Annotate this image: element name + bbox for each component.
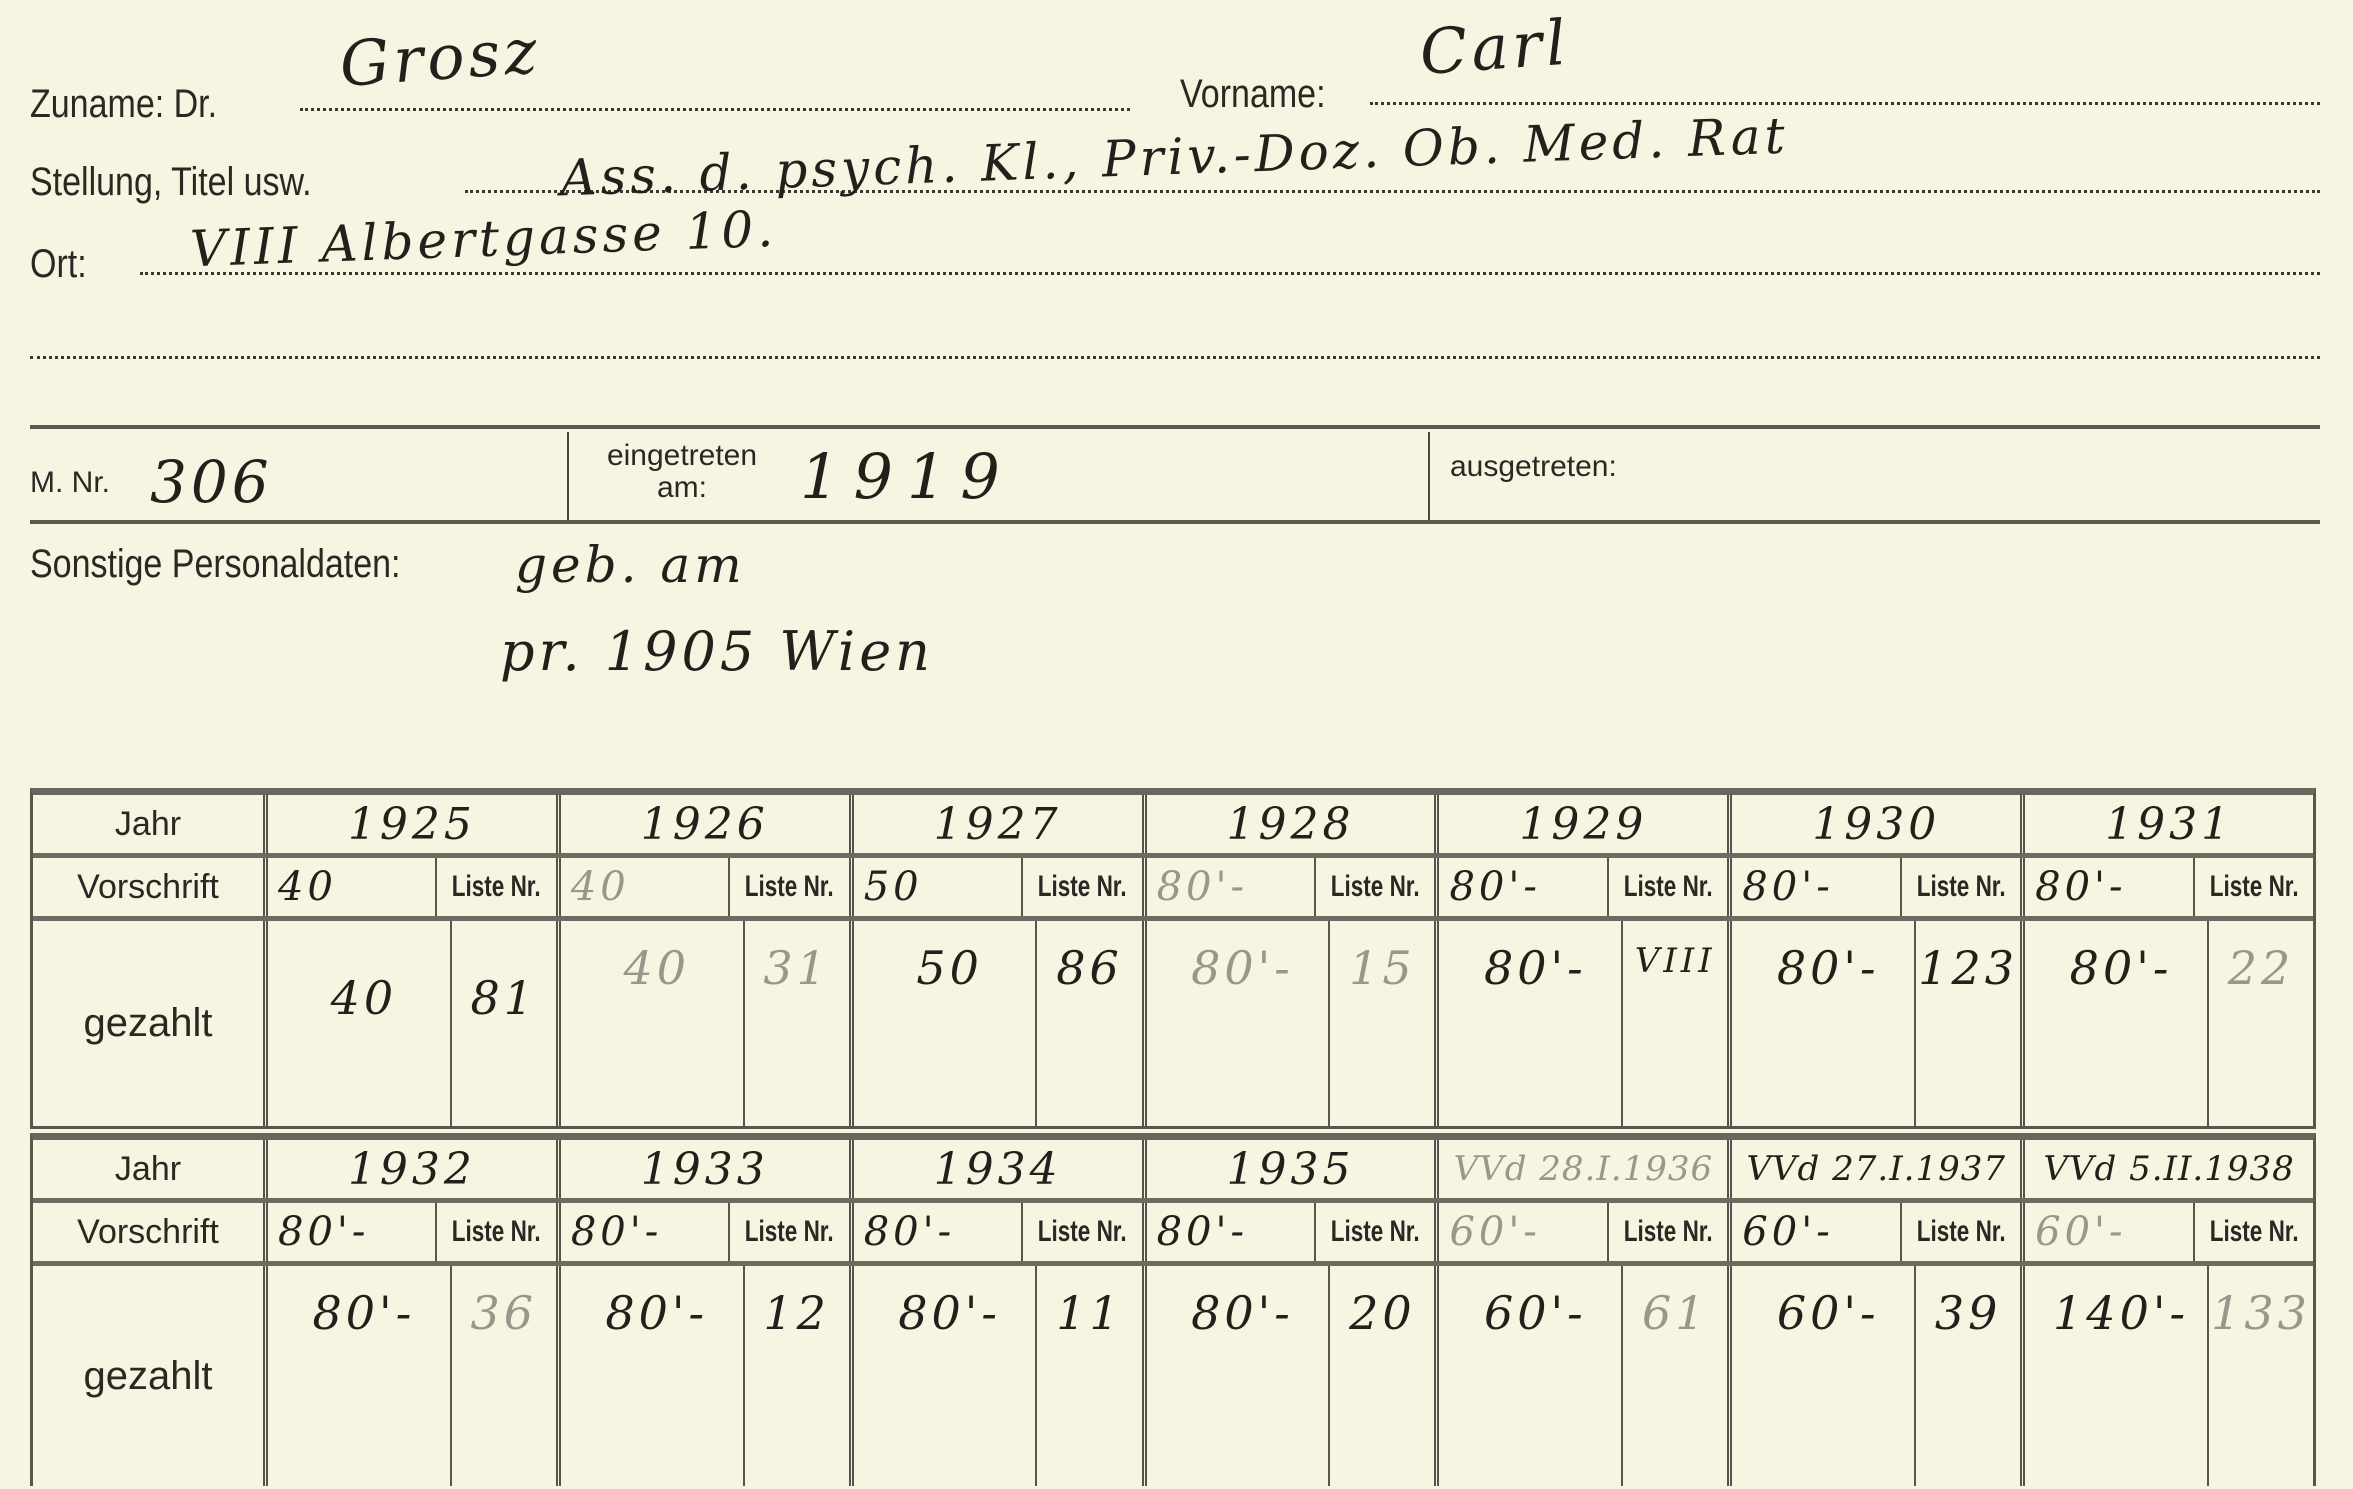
vorschrift-cell: 80'-: [561, 1203, 730, 1261]
vorschrift-label: Vorschrift: [33, 858, 268, 916]
liste-cell: 11: [1037, 1266, 1141, 1486]
vorschrift-cell: 60'-: [2025, 1203, 2194, 1261]
mnr-value: 306: [150, 448, 273, 516]
ort-label: Ort:: [30, 242, 87, 287]
liste-header: Liste Nr.: [1331, 1203, 1420, 1261]
liste-cell: 12: [745, 1266, 849, 1486]
year-cell: 1932: [268, 1140, 561, 1198]
gezahlt-cell: 40: [561, 921, 745, 1126]
sonstige-label: Sonstige Personaldaten:: [30, 542, 400, 587]
year-cell: 1935: [1147, 1140, 1440, 1198]
gezahlt-cell: 80'-: [268, 1266, 452, 1486]
ausgetreten-label: ausgetreten:: [1450, 450, 1617, 484]
liste-cell: 123: [1916, 921, 2020, 1126]
year-cell: VVd 28.I.1936: [1439, 1140, 1732, 1198]
eingetreten-label-line1: eingetreten: [592, 440, 772, 472]
vorschrift-cell: 50: [854, 858, 1023, 916]
gezahlt-cell: 80'-: [561, 1266, 745, 1486]
vorschrift-cell: 40: [268, 858, 437, 916]
payment-table-1932-1938: Jahr 1932 1933 1934 1935 VVd 28.I.1936 V…: [30, 1133, 2316, 1486]
liste-cell: 61: [1623, 1266, 1727, 1486]
gezahlt-label: gezahlt: [33, 1266, 268, 1486]
eingetreten-label: eingetreten am:: [592, 440, 772, 504]
vorname-label: Vorname:: [1180, 72, 1326, 117]
vorschrift-cell: 60'-: [1732, 1203, 1901, 1261]
band-divider-2: [1428, 432, 1430, 520]
year-cell: 1925: [268, 795, 561, 853]
year-cell: 1933: [561, 1140, 854, 1198]
jahr-label: Jahr: [33, 795, 268, 853]
gezahlt-cell: 60'-: [1439, 1266, 1623, 1486]
liste-cell: 133: [2209, 1266, 2313, 1486]
liste-cell: 20: [1330, 1266, 1434, 1486]
gezahlt-cell: 80'-: [1147, 1266, 1331, 1486]
liste-header: Liste Nr.: [1038, 1203, 1127, 1261]
year-cell: VVd 5.II.1938: [2025, 1140, 2313, 1198]
gezahlt-cell: 80'-: [1147, 921, 1331, 1126]
year-cell: 1930: [1732, 795, 2025, 853]
liste-cell: 36: [452, 1266, 556, 1486]
liste-header: Liste Nr.: [1917, 858, 2006, 916]
gezahlt-cell: 40: [268, 921, 452, 1126]
jahr-label: Jahr: [33, 1140, 268, 1198]
gezahlt-cell: 50: [854, 921, 1038, 1126]
sonstige-value-2: pr. 1905 Wien: [500, 620, 934, 683]
year-cell: 1926: [561, 795, 854, 853]
year-cell: 1927: [854, 795, 1147, 853]
band-top-rule: [30, 425, 2320, 429]
liste-header: Liste Nr.: [745, 1203, 834, 1261]
year-cell: VVd 27.I.1937: [1732, 1140, 2025, 1198]
payment-table-1925-1931: Jahr 1925 1926 1927 1928 1929 1930 1931 …: [30, 788, 2316, 1129]
liste-cell: 81: [452, 921, 556, 1126]
year-cell: 1928: [1147, 795, 1440, 853]
zuname-label: Zuname: Dr.: [30, 82, 217, 127]
liste-header: Liste Nr.: [2209, 1203, 2298, 1261]
gezahlt-cell: 80'-: [1439, 921, 1623, 1126]
liste-cell: 31: [745, 921, 849, 1126]
liste-cell: 86: [1037, 921, 1141, 1126]
liste-cell: 22: [2209, 921, 2313, 1126]
eingetreten-value: 1919: [800, 440, 1014, 513]
stellung-label: Stellung, Titel usw.: [30, 160, 312, 205]
blank-line: [30, 356, 2320, 359]
liste-header: Liste Nr.: [452, 858, 541, 916]
gezahlt-cell: 140'-: [2025, 1266, 2209, 1486]
vorschrift-label: Vorschrift: [33, 1203, 268, 1261]
vorname-value: Carl: [1417, 6, 1572, 89]
gezahlt-cell: 80'-: [1732, 921, 1916, 1126]
year-cell: 1929: [1439, 795, 1732, 853]
vorschrift-cell: 80'-: [854, 1203, 1023, 1261]
vorschrift-cell: 80'-: [1439, 858, 1608, 916]
mnr-label: M. Nr.: [30, 466, 110, 500]
liste-header: Liste Nr.: [1038, 858, 1127, 916]
eingetreten-label-line2: am:: [592, 472, 772, 504]
gezahlt-label: gezahlt: [33, 921, 268, 1126]
sonstige-value-1: geb. am: [515, 536, 746, 594]
zuname-line: [300, 108, 1130, 111]
gezahlt-cell: 80'-: [854, 1266, 1038, 1486]
liste-cell: 15: [1330, 921, 1434, 1126]
gezahlt-cell: 80'-: [2025, 921, 2209, 1126]
vorschrift-cell: 80'-: [1147, 1203, 1316, 1261]
liste-cell: 39: [1916, 1266, 2020, 1486]
ort-line: [140, 272, 2320, 275]
vorschrift-cell: 80'-: [268, 1203, 437, 1261]
liste-header: Liste Nr.: [745, 858, 834, 916]
year-cell: 1934: [854, 1140, 1147, 1198]
gezahlt-cell: 60'-: [1732, 1266, 1916, 1486]
vorschrift-cell: 80'-: [1147, 858, 1316, 916]
liste-header: Liste Nr.: [1331, 858, 1420, 916]
ort-value: VIII Albertgasse 10.: [189, 200, 778, 278]
band-bottom-rule: [30, 520, 2320, 524]
liste-cell: VIII: [1623, 921, 1727, 1126]
zuname-value: Grosz: [337, 14, 543, 101]
vorschrift-cell: 40: [561, 858, 730, 916]
liste-header: Liste Nr.: [452, 1203, 541, 1261]
liste-header: Liste Nr.: [1624, 1203, 1713, 1261]
vorschrift-cell: 60'-: [1439, 1203, 1608, 1261]
vorschrift-cell: 80'-: [2025, 858, 2194, 916]
vorschrift-cell: 80'-: [1732, 858, 1901, 916]
vorname-line: [1370, 102, 2320, 105]
band-divider-1: [567, 432, 569, 520]
liste-header: Liste Nr.: [2209, 858, 2298, 916]
liste-header: Liste Nr.: [1917, 1203, 2006, 1261]
year-cell: 1931: [2025, 795, 2313, 853]
liste-header: Liste Nr.: [1624, 858, 1713, 916]
